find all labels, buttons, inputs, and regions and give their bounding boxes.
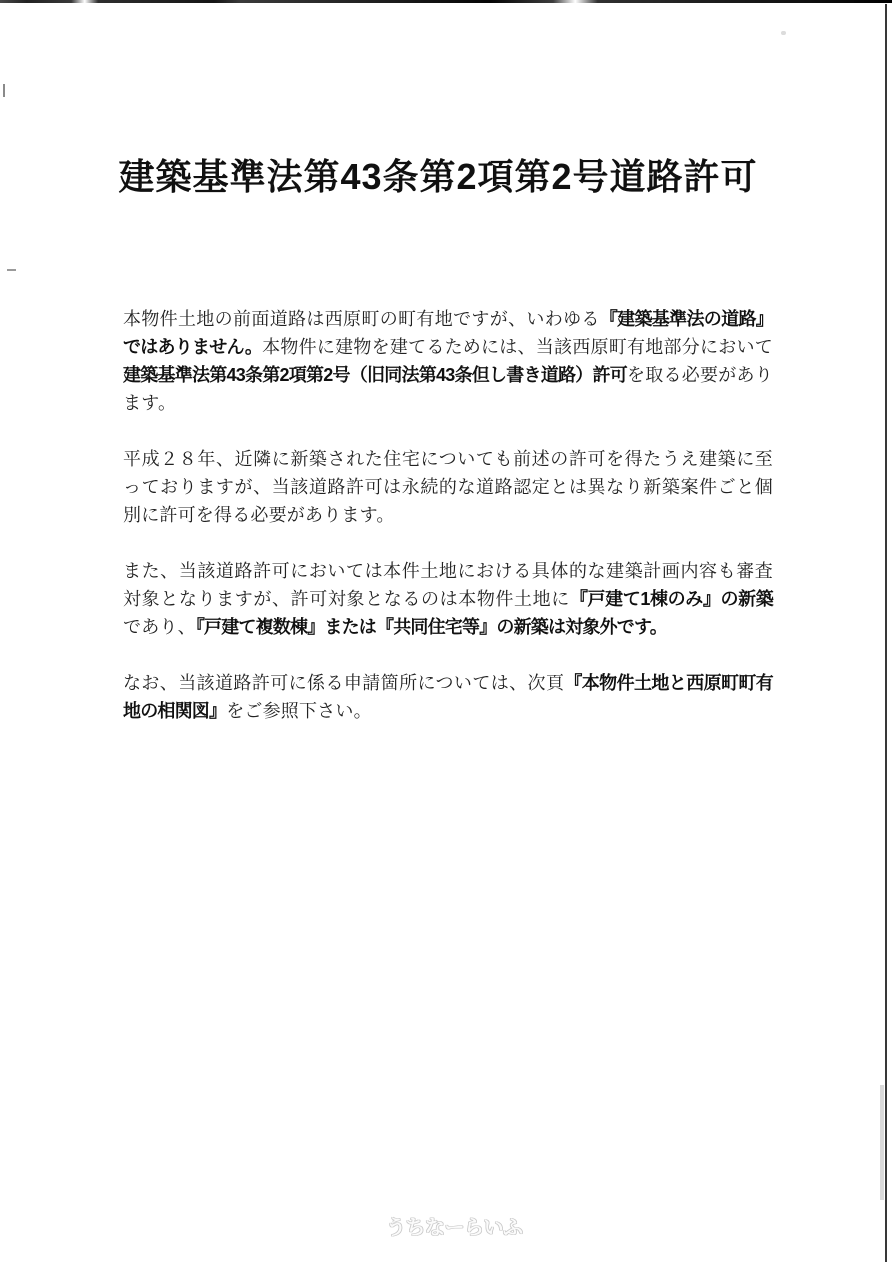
body-text: をご参照下さい。 (226, 701, 372, 721)
scan-speck (7, 269, 16, 271)
body-text: なお、当該道路許可に係る申請箇所については、次頁 (123, 673, 564, 693)
document-title: 建築基準法第43条第2項第2号道路許可 (0, 149, 884, 200)
scan-speck (3, 84, 5, 97)
scanned-document-page: 建築基準法第43条第2項第2号道路許可 本物件土地の前面道路は西原町の町有地です… (0, 0, 892, 1262)
body-text: 平成２８年、近隣に新築された住宅についても前述の許可を得たうえ建築に至っておりま… (123, 449, 773, 525)
scan-artifact-top-edge (0, 0, 892, 3)
paragraph: また、当該道路許可においては本件土地における具体的な建築計画内容も審査対象となり… (123, 557, 773, 641)
body-text: 本物件土地の前面道路は西原町の町有地ですが、いわゆる (123, 309, 600, 329)
body-text: 本物件に建物を建てるためには、当該西原町有地部分において (262, 337, 773, 357)
paragraph: なお、当該道路許可に係る申請箇所については、次頁『本物件土地と西原町町有地の相関… (123, 669, 773, 725)
paragraph: 本物件土地の前面道路は西原町の町有地ですが、いわゆる『建築基準法の道路』ではあり… (123, 305, 773, 417)
body-text: であり、 (123, 617, 196, 637)
scan-artifact-right-fuzz (880, 1085, 884, 1200)
paragraph: 平成２８年、近隣に新築された住宅についても前述の許可を得たうえ建築に至っておりま… (123, 445, 773, 529)
watermark-logo: うちなーらいふ (386, 1211, 523, 1240)
document-body: 本物件土地の前面道路は西原町の町有地ですが、いわゆる『建築基準法の道路』ではあり… (123, 305, 773, 753)
emphasis-text: 『戸建て1棟のみ』の新築 (570, 589, 773, 609)
emphasis-text: 建築基準法第43条第2項第2号（旧同法第43条但し書き道路）許可 (123, 365, 627, 385)
emphasis-text: 『戸建て複数棟』または『共同住宅等』の新築は対象外です。 (196, 617, 667, 637)
scan-speck (781, 31, 786, 35)
scan-artifact-right-edge (885, 4, 887, 1262)
